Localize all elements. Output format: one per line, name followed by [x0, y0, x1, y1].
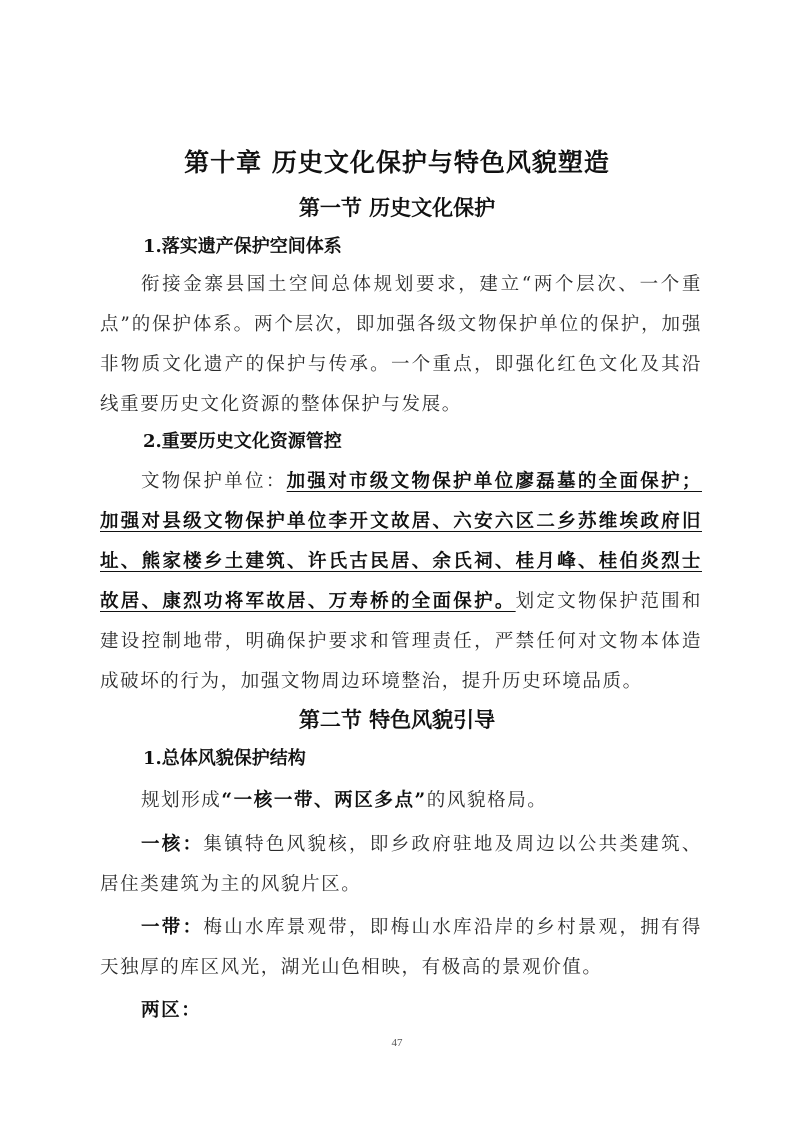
page-number: 47: [0, 1037, 794, 1049]
item-label: 两区：: [141, 1000, 201, 1021]
document-page: 第十章 历史文化保护与特色风貌塑造 第一节 历史文化保护 1.落实遗产保护空间体…: [0, 0, 794, 1122]
subsection-heading-2-1: 1.总体风貌保护结构: [143, 744, 306, 770]
chapter-title: 第十章 历史文化保护与特色风貌塑造: [0, 143, 794, 179]
intro-bold: “一核一带、两区多点”: [221, 790, 426, 811]
intro-lead: 规划形成: [141, 790, 221, 811]
section-title-2: 第二节 特色风貌引导: [0, 704, 794, 734]
paragraph-lead: 文物保护单位：: [141, 471, 287, 492]
paragraph-cultural-relics: 文物保护单位：加强对市级文物保护单位廖磊墓的全面保护；加强对县级文物保护单位李开…: [100, 462, 702, 702]
section-title-1: 第一节 历史文化保护: [0, 192, 794, 222]
intro-rest: 的风貌格局。: [427, 790, 548, 811]
item-one-core: 一核：集镇特色风貌核，即乡政府驻地及周边以公共类建筑、居住类建筑为主的风貌片区。: [100, 825, 702, 905]
paragraph-heritage-system: 衔接金寨县国土空间总体规划要求，建立“两个层次、一个重点”的保护体系。两个层次，…: [100, 265, 702, 425]
item-label: 一核：: [141, 834, 203, 855]
paragraph-layout-intro: 规划形成“一核一带、两区多点”的风貌格局。: [100, 781, 702, 821]
subsection-heading-1-1: 1.落实遗产保护空间体系: [143, 232, 342, 258]
subsection-heading-1-2: 2.重要历史文化资源管控: [143, 427, 342, 453]
item-one-belt: 一带：梅山水库景观带，即梅山水库沿岸的乡村景观，拥有得天独厚的库区风光，湖光山色…: [100, 908, 702, 988]
item-two-zones: 两区：: [100, 991, 702, 1031]
item-label: 一带：: [141, 917, 203, 938]
